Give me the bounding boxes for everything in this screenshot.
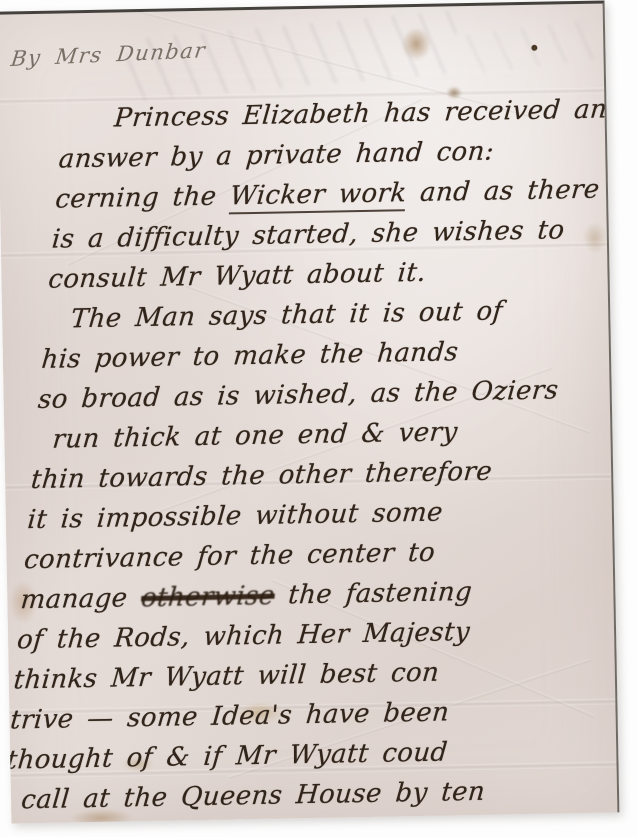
struck-out-word: otherwise: [140, 581, 276, 614]
letter-paper: By Mrs Dunbar Princess Elizabeth has rec…: [0, 0, 619, 823]
underlined-text: Wicker work: [229, 178, 408, 214]
photo-background: By Mrs Dunbar Princess Elizabeth has rec…: [0, 0, 637, 837]
stain: [531, 45, 537, 51]
letter-body: Princess Elizabeth has received ananswer…: [2, 89, 620, 821]
